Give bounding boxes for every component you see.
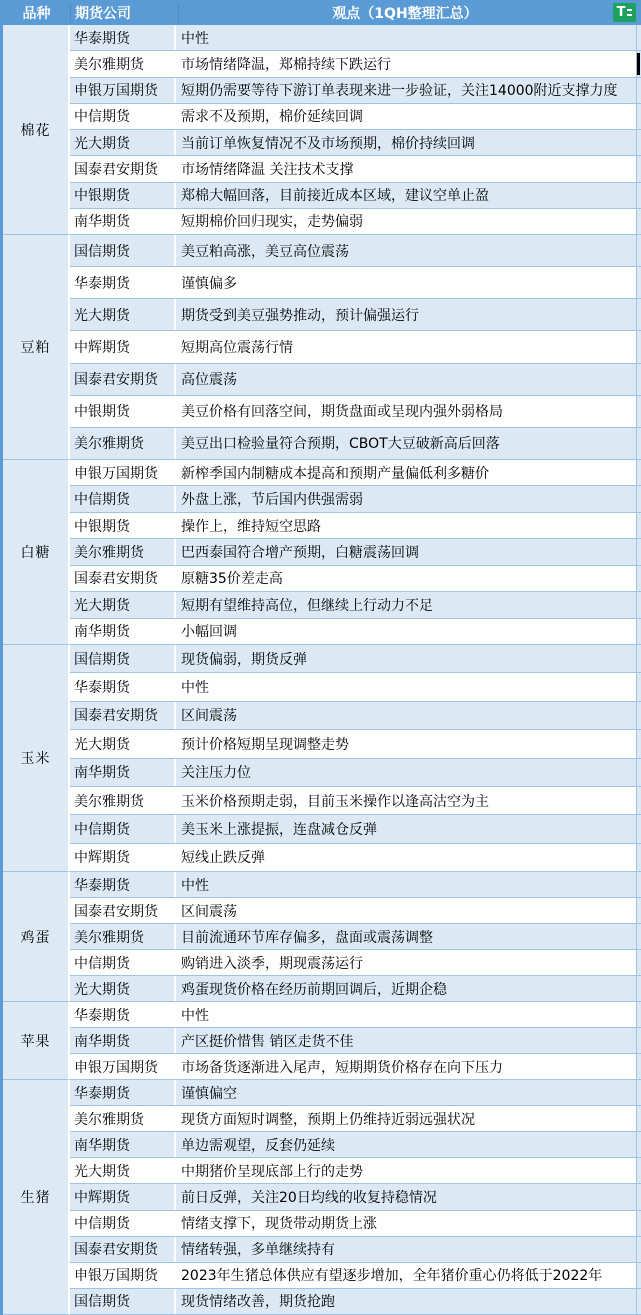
company-cell[interactable]: 光大期货	[70, 299, 176, 330]
company-cell[interactable]: 国泰君安期货	[70, 566, 176, 591]
company-cell[interactable]: 中信期货	[70, 815, 176, 842]
adjacent-column-sliver	[636, 78, 641, 103]
company-cell[interactable]: 美尔雅期货	[70, 539, 176, 564]
opinion-cell[interactable]: 新榨季国内制糖成本提高和预期产量偏低利多糖价	[176, 460, 636, 485]
company-cell[interactable]: 中信期货	[70, 1211, 176, 1236]
section-rows: 华泰期货中性南华期货产区挺价惜售 销区走货不佳申银万国期货市场备货逐渐进入尾声，…	[70, 1002, 641, 1080]
adjacent-column-sliver	[636, 787, 641, 814]
opinion-cell[interactable]: 美豆粕高涨，美豆高位震荡	[176, 235, 636, 266]
table-row: 申银万国期货市场备货逐渐进入尾声，短期期货价格存在向下压力	[70, 1054, 641, 1080]
opinion-cell[interactable]: 中期猪价呈现底部上行的走势	[176, 1158, 636, 1183]
company-cell[interactable]: 光大期货	[70, 730, 176, 757]
company-cell[interactable]: 中信期货	[70, 950, 176, 975]
adjacent-column-sliver	[636, 1211, 641, 1236]
variety-cell[interactable]: 豆粕	[3, 235, 70, 460]
futures-opinion-table: 品种 期货公司 观点（1QH整理汇总） T 棉花华泰期货中性美尔雅期货市场情绪降…	[0, 0, 641, 1315]
table-row: 美尔雅期货市场情绪降温，郑棉持续下跌运行	[70, 51, 641, 77]
col-header-company[interactable]: 期货公司	[70, 3, 178, 23]
company-cell[interactable]: 国泰君安期货	[70, 898, 176, 923]
section-rows: 华泰期货谨慎偏空美尔雅期货现货方面短时调整，预期上仍维持近弱远强状况南华期货单边…	[70, 1080, 641, 1315]
company-cell[interactable]: 华泰期货	[70, 1002, 176, 1027]
table-row: 国泰君安期货情绪转强，多单继续持有	[70, 1237, 641, 1263]
company-cell[interactable]: 华泰期货	[70, 673, 176, 700]
table-row: 南华期货单边需观望，反套仍延续	[70, 1132, 641, 1158]
company-cell[interactable]: 国泰君安期货	[70, 156, 176, 181]
table-row: 中辉期货前日反弹，关注20日均线的收复持稳情况	[70, 1184, 641, 1210]
selection-edge-mark	[637, 53, 640, 74]
opinion-cell[interactable]: 谨慎偏多	[176, 267, 636, 298]
company-cell[interactable]: 美尔雅期货	[70, 1106, 176, 1131]
table-row: 国泰君安期货区间震荡	[70, 702, 641, 730]
opinion-cell[interactable]: 美豆价格有回落空间，期货盘面或呈现内强外弱格局	[176, 396, 636, 427]
table-row: 中辉期货短线止跌反弹	[70, 844, 641, 872]
company-cell[interactable]: 国信期货	[70, 645, 176, 672]
opinion-cell[interactable]: 中性	[176, 872, 636, 897]
adjacent-column-sliver	[636, 673, 641, 700]
opinion-cell[interactable]: 需求不及预期，棉价延续回调	[176, 104, 636, 129]
opinion-cell[interactable]: 玉米价格预期走弱，目前玉米操作以逢高沽空为主	[176, 787, 636, 814]
adjacent-column-sliver	[636, 872, 641, 897]
opinion-cell[interactable]: 小幅回调	[176, 619, 636, 644]
table-row: 国信期货现货情绪改善，期货抢跑	[70, 1289, 641, 1315]
opinion-cell[interactable]: 情绪转强，多单继续持有	[176, 1237, 636, 1262]
table-row: 华泰期货中性	[70, 1002, 641, 1028]
section-7: 生猪华泰期货谨慎偏空美尔雅期货现货方面短时调整，预期上仍维持近弱远强状况南华期货…	[3, 1080, 641, 1315]
company-cell[interactable]: 美尔雅期货	[70, 924, 176, 949]
filter-badge-icon[interactable]: T	[613, 3, 636, 22]
opinion-cell[interactable]: 产区挺价惜售 销区走货不佳	[176, 1028, 636, 1053]
table-row: 光大期货期货受到美豆强势推动，预计偏强运行	[70, 299, 641, 331]
opinion-cell[interactable]: 短期棉价回归现实，走势偏弱	[176, 209, 636, 234]
adjacent-column-sliver	[636, 1289, 641, 1314]
table-row: 国泰君安期货区间震荡	[70, 898, 641, 924]
opinion-cell[interactable]: 美玉米上涨提振，连盘减仓反弹	[176, 815, 636, 842]
section-4: 玉米国信期货现货偏弱，期货反弹华泰期货中性国泰君安期货区间震荡光大期货预计价格短…	[3, 645, 641, 872]
table-row: 光大期货短期有望维持高位，但继续上行动力不足	[70, 592, 641, 618]
adjacent-column-sliver	[636, 950, 641, 975]
table-row: 申银万国期货短期仍需要等待下游订单表现来进一步验证，关注14000附近支撑力度	[70, 78, 641, 104]
opinion-cell[interactable]: 情绪支撑下，现货带动期货上涨	[176, 1211, 636, 1236]
opinion-cell[interactable]: 2023年生猪总体供应有望逐步增加，全年猪价重心仍将低于2022年	[176, 1263, 636, 1288]
opinion-cell[interactable]: 目前流通环节库存偏多，盘面或震荡调整	[176, 924, 636, 949]
table-row: 南华期货关注压力位	[70, 759, 641, 787]
adjacent-column-sliver	[636, 183, 641, 208]
company-cell[interactable]: 中银期货	[70, 513, 176, 538]
opinion-cell[interactable]: 市场备货逐渐进入尾声，短期期货价格存在向下压力	[176, 1054, 636, 1079]
table-row: 国信期货美豆粕高涨，美豆高位震荡	[70, 235, 641, 267]
company-cell[interactable]: 光大期货	[70, 1158, 176, 1183]
opinion-cell[interactable]: 操作上，维持短空思路	[176, 513, 636, 538]
section-rows: 国信期货美豆粕高涨，美豆高位震荡华泰期货谨慎偏多光大期货期货受到美豆强势推动，预…	[70, 235, 641, 460]
table-row: 美尔雅期货美豆出口检验量符合预期，CBOT大豆破新高后回落	[70, 428, 641, 460]
adjacent-column-sliver	[636, 267, 641, 298]
adjacent-column-sliver	[636, 1080, 641, 1105]
opinion-cell[interactable]: 谨慎偏空	[176, 1080, 636, 1105]
adjacent-column-sliver	[636, 1237, 641, 1262]
company-cell[interactable]: 华泰期货	[70, 25, 176, 50]
company-cell[interactable]: 华泰期货	[70, 1080, 176, 1105]
adjacent-column-sliver	[636, 1106, 641, 1131]
table-row: 中信期货购销进入淡季，期现震荡运行	[70, 950, 641, 976]
opinion-cell[interactable]: 关注压力位	[176, 759, 636, 786]
table-row: 华泰期货谨慎偏多	[70, 267, 641, 299]
filter-badge-lines-icon	[627, 9, 632, 16]
company-cell[interactable]: 华泰期货	[70, 872, 176, 897]
opinion-cell[interactable]: 市场情绪降温 关注技术支撑	[176, 156, 636, 181]
table-header-row: 品种 期货公司 观点（1QH整理汇总） T	[3, 0, 641, 25]
adjacent-column-sliver	[636, 566, 641, 591]
opinion-cell[interactable]: 中性	[176, 1002, 636, 1027]
table-row: 光大期货预计价格短期呈现调整走势	[70, 730, 641, 758]
section-3: 白糖申银万国期货新榨季国内制糖成本提高和预期产量偏低利多糖价中信期货外盘上涨，节…	[3, 460, 641, 645]
section-rows: 国信期货现货偏弱，期货反弹华泰期货中性国泰君安期货区间震荡光大期货预计价格短期呈…	[70, 645, 641, 872]
adjacent-column-sliver	[636, 844, 641, 871]
adjacent-column-sliver	[636, 364, 641, 395]
company-cell[interactable]: 国泰君安期货	[70, 1237, 176, 1262]
variety-cell[interactable]: 白糖	[3, 460, 70, 645]
opinion-cell[interactable]: 预计价格短期呈现调整走势	[176, 730, 636, 757]
company-cell[interactable]: 申银万国期货	[70, 1263, 176, 1288]
adjacent-column-sliver	[636, 331, 641, 362]
company-cell[interactable]: 中辉期货	[70, 844, 176, 871]
table-row: 申银万国期货新榨季国内制糖成本提高和预期产量偏低利多糖价	[70, 460, 641, 486]
adjacent-column-sliver	[636, 976, 641, 1001]
table-row: 南华期货短期棉价回归现实，走势偏弱	[70, 209, 641, 235]
opinion-cell[interactable]: 期货受到美豆强势推动，预计偏强运行	[176, 299, 636, 330]
adjacent-column-sliver	[636, 299, 641, 330]
adjacent-column-sliver	[636, 759, 641, 786]
adjacent-column-sliver	[636, 104, 641, 129]
company-cell[interactable]: 南华期货	[70, 209, 176, 234]
table-row: 华泰期货中性	[70, 872, 641, 898]
adjacent-column-sliver	[636, 1054, 641, 1079]
company-cell[interactable]: 南华期货	[70, 1132, 176, 1157]
company-cell[interactable]: 申银万国期货	[70, 460, 176, 485]
table-row: 南华期货产区挺价惜售 销区走货不佳	[70, 1028, 641, 1054]
adjacent-column-sliver	[636, 1263, 641, 1288]
company-cell[interactable]: 中辉期货	[70, 331, 176, 362]
table-row: 国泰君安期货高位震荡	[70, 364, 641, 396]
adjacent-column-sliver	[636, 209, 641, 234]
company-cell[interactable]: 申银万国期货	[70, 1054, 176, 1079]
table-row: 华泰期货谨慎偏空	[70, 1080, 641, 1106]
col-header-variety[interactable]: 品种	[3, 3, 70, 23]
company-cell[interactable]: 国信期货	[70, 1289, 176, 1314]
company-cell[interactable]: 美尔雅期货	[70, 51, 176, 76]
opinion-cell[interactable]: 巴西泰国符合增产预期，白糖震荡回调	[176, 539, 636, 564]
table-row: 中信期货外盘上涨，节后国内供强需弱	[70, 486, 641, 512]
variety-cell[interactable]: 棉花	[3, 25, 70, 235]
section-6: 苹果华泰期货中性南华期货产区挺价惜售 销区走货不佳申银万国期货市场备货逐渐进入尾…	[3, 1002, 641, 1080]
opinion-cell[interactable]: 原糖35价差走高	[176, 566, 636, 591]
opinion-cell[interactable]: 区间震荡	[176, 702, 636, 729]
variety-cell[interactable]: 玉米	[3, 645, 70, 872]
section-rows: 华泰期货中性国泰君安期货区间震荡美尔雅期货目前流通环节库存偏多，盘面或震荡调整中…	[70, 872, 641, 1002]
variety-cell[interactable]: 鸡蛋	[3, 872, 70, 1002]
company-cell[interactable]: 中银期货	[70, 396, 176, 427]
adjacent-column-sliver	[636, 486, 641, 511]
company-cell[interactable]: 南华期货	[70, 619, 176, 644]
table-row: 中银期货郑棉大幅回落，目前接近成本区域，建议空单止盈	[70, 183, 641, 209]
opinion-cell[interactable]: 短期有望维持高位，但继续上行动力不足	[176, 592, 636, 617]
table-row: 国泰君安期货市场情绪降温 关注技术支撑	[70, 156, 641, 182]
opinion-cell[interactable]: 短期高位震荡行情	[176, 331, 636, 362]
opinion-cell[interactable]: 美豆出口检验量符合预期，CBOT大豆破新高后回落	[176, 428, 636, 459]
opinion-cell[interactable]: 中性	[176, 673, 636, 700]
section-5: 鸡蛋华泰期货中性国泰君安期货区间震荡美尔雅期货目前流通环节库存偏多，盘面或震荡调…	[3, 872, 641, 1002]
table-row: 光大期货中期猪价呈现底部上行的走势	[70, 1158, 641, 1184]
table-row: 南华期货小幅回调	[70, 619, 641, 645]
table-body: 棉花华泰期货中性美尔雅期货市场情绪降温，郑棉持续下跌运行申银万国期货短期仍需要等…	[3, 25, 641, 1315]
opinion-cell[interactable]: 前日反弹，关注20日均线的收复持稳情况	[176, 1184, 636, 1209]
adjacent-column-sliver	[636, 25, 641, 50]
table-row: 国泰君安期货原糖35价差走高	[70, 566, 641, 592]
table-row: 申银万国期货2023年生猪总体供应有望逐步增加，全年猪价重心仍将低于2022年	[70, 1263, 641, 1289]
adjacent-column-sliver	[636, 513, 641, 538]
table-row: 华泰期货中性	[70, 25, 641, 51]
company-cell[interactable]: 美尔雅期货	[70, 428, 176, 459]
table-row: 华泰期货中性	[70, 673, 641, 701]
company-cell[interactable]: 中信期货	[70, 104, 176, 129]
table-row: 中信期货美玉米上涨提振，连盘减仓反弹	[70, 815, 641, 843]
adjacent-column-sliver	[636, 898, 641, 923]
section-rows: 华泰期货中性美尔雅期货市场情绪降温，郑棉持续下跌运行申银万国期货短期仍需要等待下…	[70, 25, 641, 235]
opinion-cell[interactable]: 短期仍需要等待下游订单表现来进一步验证，关注14000附近支撑力度	[176, 78, 636, 103]
table-row: 国信期货现货偏弱，期货反弹	[70, 645, 641, 673]
opinion-cell[interactable]: 现货方面短时调整，预期上仍维持近弱远强状况	[176, 1106, 636, 1131]
company-cell[interactable]: 美尔雅期货	[70, 787, 176, 814]
adjacent-column-sliver	[636, 1132, 641, 1157]
adjacent-column-sliver	[636, 645, 641, 672]
section-2: 豆粕国信期货美豆粕高涨，美豆高位震荡华泰期货谨慎偏多光大期货期货受到美豆强势推动…	[3, 235, 641, 460]
adjacent-column-sliver	[636, 730, 641, 757]
table-row: 中银期货美豆价格有回落空间，期货盘面或呈现内强外弱格局	[70, 396, 641, 428]
variety-cell[interactable]: 苹果	[3, 1002, 70, 1080]
company-cell[interactable]: 申银万国期货	[70, 78, 176, 103]
filter-badge-letter: T	[617, 6, 626, 19]
table-row: 美尔雅期货目前流通环节库存偏多，盘面或震荡调整	[70, 924, 641, 950]
adjacent-column-sliver	[636, 1184, 641, 1209]
opinion-cell[interactable]: 高位震荡	[176, 364, 636, 395]
table-row: 光大期货鸡蛋现货价格在经历前期回调后，近期企稳	[70, 976, 641, 1002]
adjacent-column-sliver	[636, 619, 641, 644]
section-rows: 申银万国期货新榨季国内制糖成本提高和预期产量偏低利多糖价中信期货外盘上涨，节后国…	[70, 460, 641, 645]
adjacent-column-sliver	[636, 1028, 641, 1053]
company-cell[interactable]: 光大期货	[70, 130, 176, 155]
opinion-cell[interactable]: 郑棉大幅回落，目前接近成本区域，建议空单止盈	[176, 183, 636, 208]
adjacent-column-sliver	[636, 396, 641, 427]
opinion-cell[interactable]: 短线止跌反弹	[176, 844, 636, 871]
opinion-cell[interactable]: 市场情绪降温，郑棉持续下跌运行	[176, 51, 636, 76]
adjacent-column-sliver	[636, 702, 641, 729]
opinion-cell[interactable]: 鸡蛋现货价格在经历前期回调后，近期企稳	[176, 976, 636, 1001]
adjacent-column-sliver	[636, 815, 641, 842]
opinion-cell[interactable]: 单边需观望，反套仍延续	[176, 1132, 636, 1157]
adjacent-column-sliver	[636, 156, 641, 181]
adjacent-column-sliver	[636, 130, 641, 155]
section-1: 棉花华泰期货中性美尔雅期货市场情绪降温，郑棉持续下跌运行申银万国期货短期仍需要等…	[3, 25, 641, 235]
adjacent-column-sliver	[636, 539, 641, 564]
opinion-cell[interactable]: 当前订单恢复情况不及市场预期，棉价持续回调	[176, 130, 636, 155]
opinion-cell[interactable]: 区间震荡	[176, 898, 636, 923]
opinion-cell[interactable]: 外盘上涨，节后国内供强需弱	[176, 486, 636, 511]
adjacent-column-sliver	[636, 592, 641, 617]
adjacent-column-sliver	[636, 1002, 641, 1027]
company-cell[interactable]: 南华期货	[70, 1028, 176, 1053]
company-cell[interactable]: 中信期货	[70, 486, 176, 511]
adjacent-column-sliver	[636, 924, 641, 949]
table-row: 光大期货当前订单恢复情况不及市场预期，棉价持续回调	[70, 130, 641, 156]
opinion-cell[interactable]: 中性	[176, 25, 636, 50]
company-cell[interactable]: 光大期货	[70, 592, 176, 617]
company-cell[interactable]: 光大期货	[70, 976, 176, 1001]
company-cell[interactable]: 国泰君安期货	[70, 702, 176, 729]
table-row: 中银期货操作上，维持短空思路	[70, 513, 641, 539]
company-cell[interactable]: 华泰期货	[70, 267, 176, 298]
company-cell[interactable]: 南华期货	[70, 759, 176, 786]
table-row: 美尔雅期货玉米价格预期走弱，目前玉米操作以逢高沽空为主	[70, 787, 641, 815]
opinion-cell[interactable]: 现货情绪改善，期货抢跑	[176, 1289, 636, 1314]
company-cell[interactable]: 中银期货	[70, 183, 176, 208]
company-cell[interactable]: 中辉期货	[70, 1184, 176, 1209]
table-row: 美尔雅期货巴西泰国符合增产预期，白糖震荡回调	[70, 539, 641, 565]
adjacent-column-sliver	[636, 235, 641, 266]
company-cell[interactable]: 国信期货	[70, 235, 176, 266]
opinion-cell[interactable]: 购销进入淡季，期现震荡运行	[176, 950, 636, 975]
company-cell[interactable]: 国泰君安期货	[70, 364, 176, 395]
adjacent-column-sliver	[636, 1158, 641, 1183]
opinion-cell[interactable]: 现货偏弱，期货反弹	[176, 645, 636, 672]
col-header-opinion[interactable]: 观点（1QH整理汇总）	[178, 3, 641, 23]
adjacent-column-sliver	[636, 428, 641, 459]
table-row: 中信期货需求不及预期，棉价延续回调	[70, 104, 641, 130]
table-row: 中信期货情绪支撑下，现货带动期货上涨	[70, 1211, 641, 1237]
table-row: 美尔雅期货现货方面短时调整，预期上仍维持近弱远强状况	[70, 1106, 641, 1132]
variety-cell[interactable]: 生猪	[3, 1080, 70, 1315]
adjacent-column-sliver	[636, 460, 641, 485]
table-row: 中辉期货短期高位震荡行情	[70, 331, 641, 363]
